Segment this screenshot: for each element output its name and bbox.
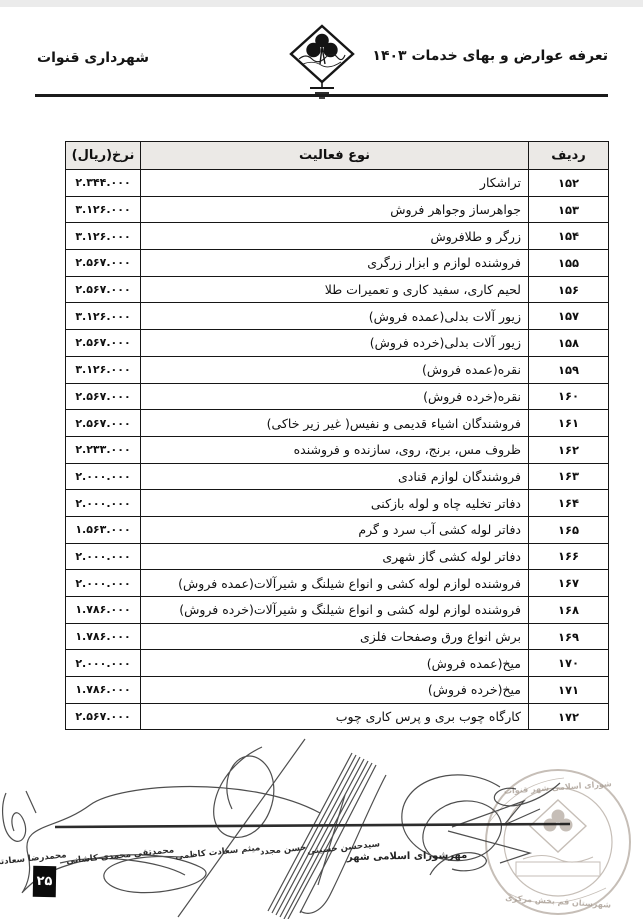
signatory-name: محمدتقی محمدی کاشانی [66,845,175,866]
table-row: ۱۵۷زیور آلات بدلی(عمده فروش)۳.۱۲۶.۰۰۰ [66,303,609,330]
rate-cell: ۳.۱۲۶.۰۰۰ [66,303,141,330]
table-row: ۱۶۱فروشندگان اشیاء قدیمی و نفیس( غیر زیر… [66,410,609,437]
activity-cell: زیور آلات بدلی(عمده فروش) [141,303,529,330]
table-row: ۱۶۵دفاتر لوله کشی آب سرد و گرم۱.۵۶۳.۰۰۰ [66,516,609,543]
activity-cell: فروشندگان لوازم قنادی [141,463,529,490]
table-row: ۱۷۲کارگاه چوب بری و پرس کاری چوب۲.۵۶۷.۰۰… [66,703,609,730]
rate-cell: ۲.۵۶۷.۰۰۰ [66,250,141,277]
activity-cell: جواهرساز وجواهر فروش [141,196,529,223]
table-row: ۱۶۹برش انواع ورق وصفحات فلزی۱.۷۸۶.۰۰۰ [66,623,609,650]
row-number-cell: ۱۶۴ [529,490,609,517]
activity-cell: کارگاه چوب بری و پرس کاری چوب [141,703,529,730]
row-number-cell: ۱۶۵ [529,516,609,543]
activity-cell: برش انواع ورق وصفحات فلزی [141,623,529,650]
activity-cell: زیور آلات بدلی(خرده فروش) [141,330,529,357]
rate-cell: ۲.۰۰۰.۰۰۰ [66,463,141,490]
row-number-cell: ۱۷۱ [529,677,609,704]
table-row: ۱۵۸زیور آلات بدلی(خرده فروش)۲.۵۶۷.۰۰۰ [66,330,609,357]
row-number-cell: ۱۶۹ [529,623,609,650]
activity-cell: میخ(خرده فروش) [141,677,529,704]
table-row: ۱۶۲ظروف مس، برنج، روی، سازنده و فروشنده۲… [66,436,609,463]
rate-cell: ۲.۵۶۷.۰۰۰ [66,410,141,437]
table-row: ۱۶۴دفاتر تخلیه چاه و لوله بازکنی۲.۰۰۰.۰۰… [66,490,609,517]
table-row: ۱۷۱میخ(خرده فروش)۱.۷۸۶.۰۰۰ [66,677,609,704]
row-number-cell: ۱۶۰ [529,383,609,410]
activity-cell: میخ(عمده فروش) [141,650,529,677]
activity-cell: دفاتر تخلیه چاه و لوله بازکنی [141,490,529,517]
column-header-activity: نوع فعالیت [141,142,529,170]
municipality-name: شهرداری قنوات [37,50,149,66]
council-stamp: شورای اسلامی شهر قنوات شهرستان قم بخش مر… [468,764,643,919]
rate-cell: ۲.۵۶۷.۰۰۰ [66,383,141,410]
column-header-rate: نرخ(ریال) [66,142,141,170]
rate-cell: ۲.۰۰۰.۰۰۰ [66,650,141,677]
table-row: ۱۵۹نقره(عمده فروش)۳.۱۲۶.۰۰۰ [66,356,609,383]
tariff-table-body: ۱۵۲تراشکار۲.۳۴۴.۰۰۰۱۵۳جواهرساز وجواهر فر… [66,170,609,730]
rate-cell: ۳.۱۲۶.۰۰۰ [66,356,141,383]
header-divider [35,94,608,97]
activity-cell: نقره(عمده فروش) [141,356,529,383]
scan-artifact-strip [0,0,643,7]
signatory-name: میثم سعادت کاظمی [174,843,260,862]
row-number-cell: ۱۵۴ [529,223,609,250]
activity-cell: فروشنده لوازم و ابزار زرگری [141,250,529,277]
row-number-cell: ۱۷۲ [529,703,609,730]
activity-cell: نقره(خرده فروش) [141,383,529,410]
row-number-cell: ۱۵۷ [529,303,609,330]
rate-cell: ۲.۵۶۷.۰۰۰ [66,703,141,730]
row-number-cell: ۱۵۶ [529,276,609,303]
rate-cell: ۱.۵۶۳.۰۰۰ [66,516,141,543]
rate-cell: ۲.۵۶۷.۰۰۰ [66,330,141,357]
row-number-cell: ۱۶۱ [529,410,609,437]
activity-cell: فروشنده لوازم لوله کشی و انواع شیلنگ و ش… [141,570,529,597]
table-row: ۱۶۳فروشندگان لوازم قنادی۲.۰۰۰.۰۰۰ [66,463,609,490]
rate-cell: ۳.۱۲۶.۰۰۰ [66,223,141,250]
table-header-row: ردیف نوع فعالیت نرخ(ریال) [66,142,609,170]
activity-cell: ظروف مس، برنج، روی، سازنده و فروشنده [141,436,529,463]
table-row: ۱۵۴زرگر و طلافروش۳.۱۲۶.۰۰۰ [66,223,609,250]
table-row: ۱۵۲تراشکار۲.۳۴۴.۰۰۰ [66,170,609,197]
activity-cell: زرگر و طلافروش [141,223,529,250]
tariff-table: ردیف نوع فعالیت نرخ(ریال) ۱۵۲تراشکار۲.۳۴… [65,141,609,730]
activity-cell: فروشنده لوازم لوله کشی و انواع شیلنگ و ش… [141,597,529,624]
rate-cell: ۲.۰۰۰.۰۰۰ [66,570,141,597]
rate-cell: ۱.۷۸۶.۰۰۰ [66,623,141,650]
signatories-row: سیدحسن حسینیحسن مجددمیثم سعادت کاظمیمحمد… [28,842,380,864]
rate-cell: ۱.۷۸۶.۰۰۰ [66,597,141,624]
table-row: ۱۷۰میخ(عمده فروش)۲.۰۰۰.۰۰۰ [66,650,609,677]
table-row: ۱۶۶دفاتر لوله کشی گاز شهری۲.۰۰۰.۰۰۰ [66,543,609,570]
activity-cell: لحیم کاری، سفید کاری و تعمیرات طلا [141,276,529,303]
table-row: ۱۶۷فروشنده لوازم لوله کشی و انواع شیلنگ … [66,570,609,597]
table-row: ۱۵۶لحیم کاری، سفید کاری و تعمیرات طلا۲.۵… [66,276,609,303]
table-row: ۱۶۰نقره(خرده فروش)۲.۵۶۷.۰۰۰ [66,383,609,410]
row-number-cell: ۱۶۲ [529,436,609,463]
row-number-cell: ۱۶۶ [529,543,609,570]
row-number-cell: ۱۶۳ [529,463,609,490]
rate-cell: ۲.۲۳۳.۰۰۰ [66,436,141,463]
rate-cell: ۳.۱۲۶.۰۰۰ [66,196,141,223]
rate-cell: ۲.۵۶۷.۰۰۰ [66,276,141,303]
table-row: ۱۵۳جواهرساز وجواهر فروش۳.۱۲۶.۰۰۰ [66,196,609,223]
activity-cell: دفاتر لوله کشی گاز شهری [141,543,529,570]
activity-cell: دفاتر لوله کشی آب سرد و گرم [141,516,529,543]
rate-cell: ۱.۷۸۶.۰۰۰ [66,677,141,704]
rate-cell: ۲.۰۰۰.۰۰۰ [66,490,141,517]
row-number-cell: ۱۵۳ [529,196,609,223]
row-number-cell: ۱۵۲ [529,170,609,197]
signatory-name: حسن مجدد [260,843,307,858]
table-row: ۱۵۵فروشنده لوازم و ابزار زرگری۲.۵۶۷.۰۰۰ [66,250,609,277]
table-row: ۱۶۸فروشنده لوازم لوله کشی و انواع شیلنگ … [66,597,609,624]
row-number-cell: ۱۵۵ [529,250,609,277]
row-number-cell: ۱۷۰ [529,650,609,677]
row-number-cell: ۱۵۹ [529,356,609,383]
column-header-row-number: ردیف [529,142,609,170]
activity-cell: فروشندگان اشیاء قدیمی و نفیس( غیر زیر خا… [141,410,529,437]
activity-cell: تراشکار [141,170,529,197]
rate-cell: ۲.۰۰۰.۰۰۰ [66,543,141,570]
row-number-cell: ۱۶۷ [529,570,609,597]
page-number-badge: ۲۵ [33,866,57,897]
row-number-cell: ۱۶۸ [529,597,609,624]
rate-cell: ۲.۳۴۴.۰۰۰ [66,170,141,197]
row-number-cell: ۱۵۸ [529,330,609,357]
municipality-logo-icon [287,24,357,102]
document-title: تعرفه عوارض و بهای خدمات ۱۴۰۳ [372,48,608,64]
